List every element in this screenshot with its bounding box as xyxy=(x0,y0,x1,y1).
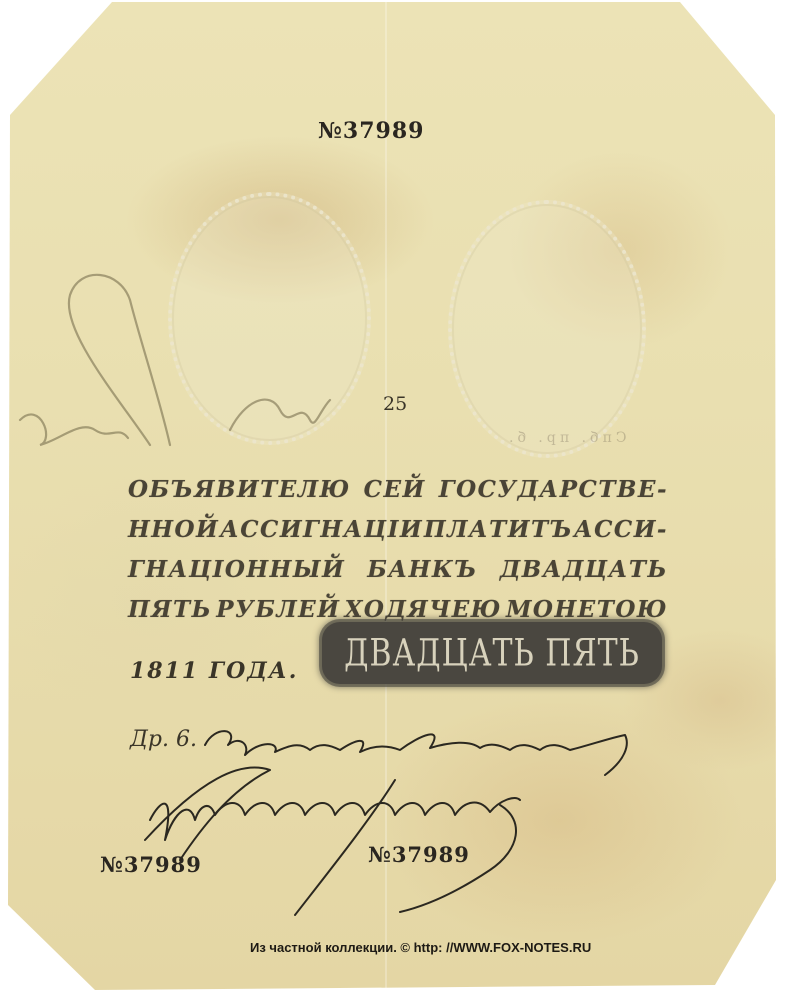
serial-number-bottom-left: №37989 xyxy=(100,852,202,877)
collection-credit: Из частной коллекции. © http: //WWW.FOX-… xyxy=(250,940,591,955)
serial-number-bottom-right: №37989 xyxy=(368,842,470,867)
